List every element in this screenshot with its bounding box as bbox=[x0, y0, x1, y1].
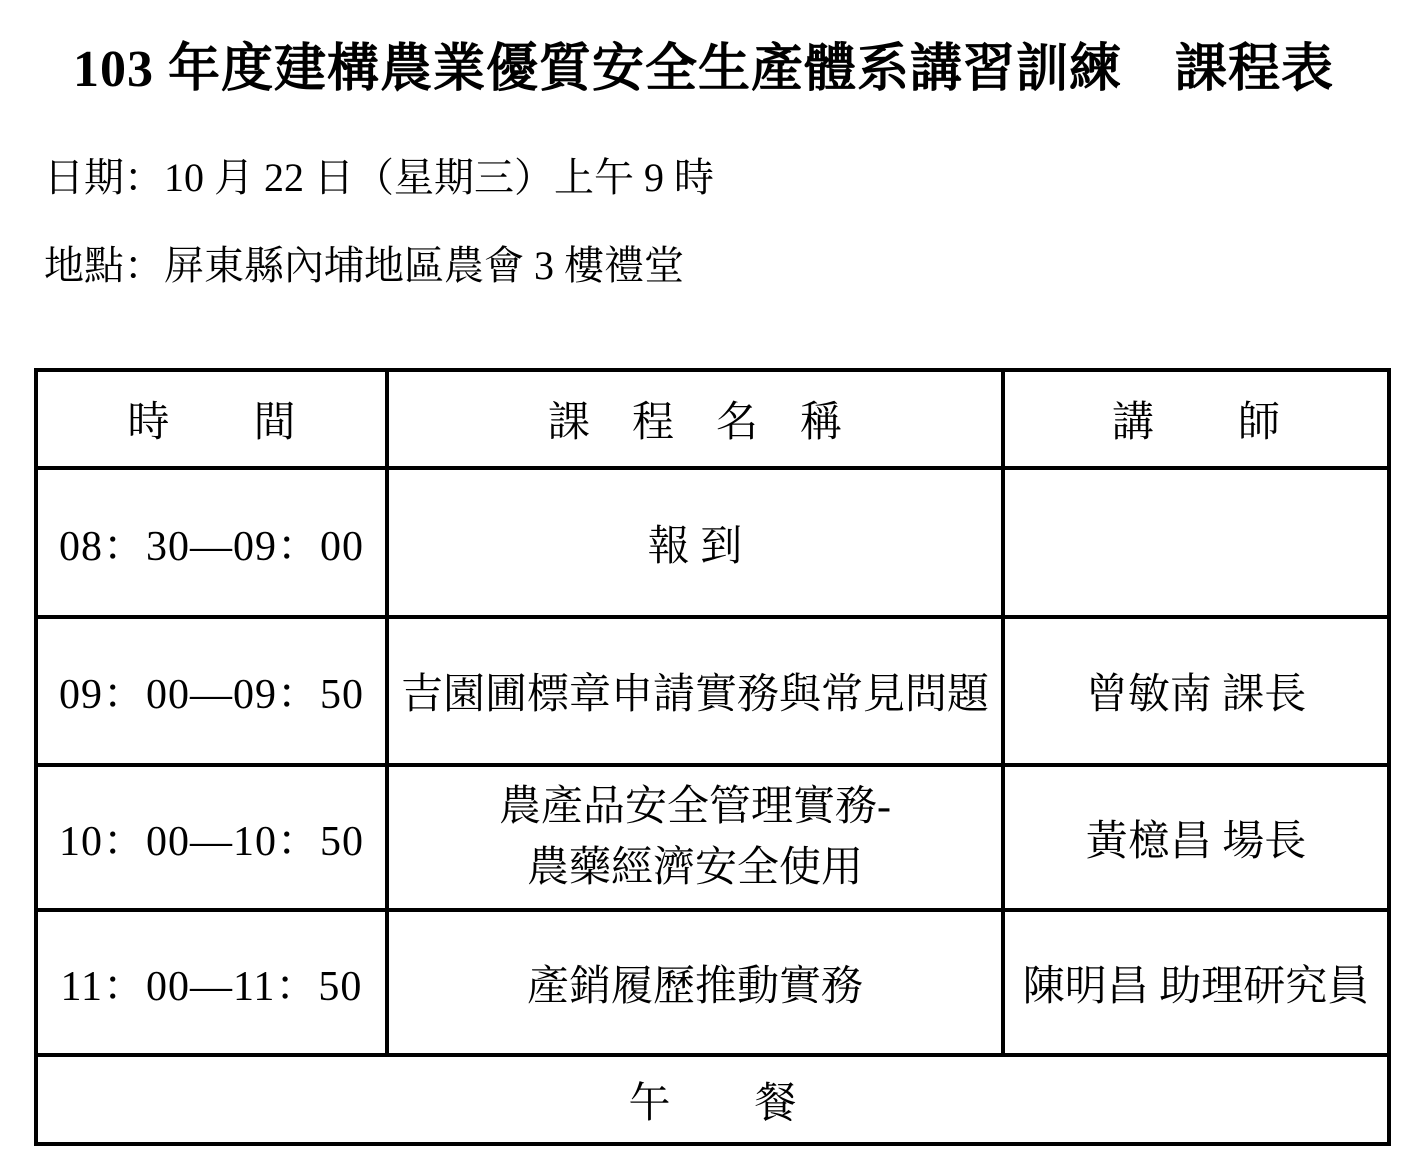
course-cell: 報 到 bbox=[387, 468, 1003, 617]
course-line-1: 農產品安全管理實務- bbox=[393, 777, 997, 838]
lunch-row: 午 餐 bbox=[36, 1055, 1389, 1144]
lecturer-cell: 黃檍昌 場長 bbox=[1003, 765, 1389, 910]
location-line: 地點：屏東縣內埔地區農會 3 樓禮堂 bbox=[44, 234, 684, 291]
time-cell: 09：00—09：50 bbox=[36, 617, 387, 765]
header-row: 時 間 課 程 名 稱 講 師 bbox=[36, 370, 1389, 468]
lecturer-cell: 陳明昌 助理研究員 bbox=[1003, 910, 1389, 1055]
time-cell: 08：30—09：00 bbox=[36, 468, 387, 617]
header-course-name: 課 程 名 稱 bbox=[387, 370, 1003, 468]
header-time: 時 間 bbox=[36, 370, 387, 468]
table-row-traceability: 11：00—11：50 產銷履歷推動實務 陳明昌 助理研究員 bbox=[36, 910, 1389, 1055]
schedule-table: 時 間 課 程 名 稱 講 師 08：30—09：00 報 到 09：00—09… bbox=[34, 368, 1391, 1146]
document-page: 103 年度建構農業優質安全生產體系講習訓練 課程表 日期：10 月 22 日（… bbox=[0, 0, 1407, 1169]
page-title: 103 年度建構農業優質安全生產體系講習訓練 課程表 bbox=[0, 26, 1407, 101]
table-row-gap-mark: 09：00—09：50 吉園圃標章申請實務與常見問題 曾敏南 課長 bbox=[36, 617, 1389, 765]
lecturer-cell: 曾敏南 課長 bbox=[1003, 617, 1389, 765]
course-cell: 農產品安全管理實務- 農藥經濟安全使用 bbox=[387, 765, 1003, 910]
table-row-registration: 08：30—09：00 報 到 bbox=[36, 468, 1389, 617]
time-cell: 10：00—10：50 bbox=[36, 765, 387, 910]
course-line-2: 農藥經濟安全使用 bbox=[393, 838, 997, 899]
header-lecturer: 講 師 bbox=[1003, 370, 1389, 468]
table-row-safety-management: 10：00—10：50 農產品安全管理實務- 農藥經濟安全使用 黃檍昌 場長 bbox=[36, 765, 1389, 910]
course-cell: 產銷履歷推動實務 bbox=[387, 910, 1003, 1055]
course-cell: 吉園圃標章申請實務與常見問題 bbox=[387, 617, 1003, 765]
time-cell: 11：00—11：50 bbox=[36, 910, 387, 1055]
lunch-cell: 午 餐 bbox=[36, 1055, 1389, 1144]
lecturer-cell bbox=[1003, 468, 1389, 617]
date-line: 日期：10 月 22 日（星期三）上午 9 時 bbox=[44, 146, 714, 203]
